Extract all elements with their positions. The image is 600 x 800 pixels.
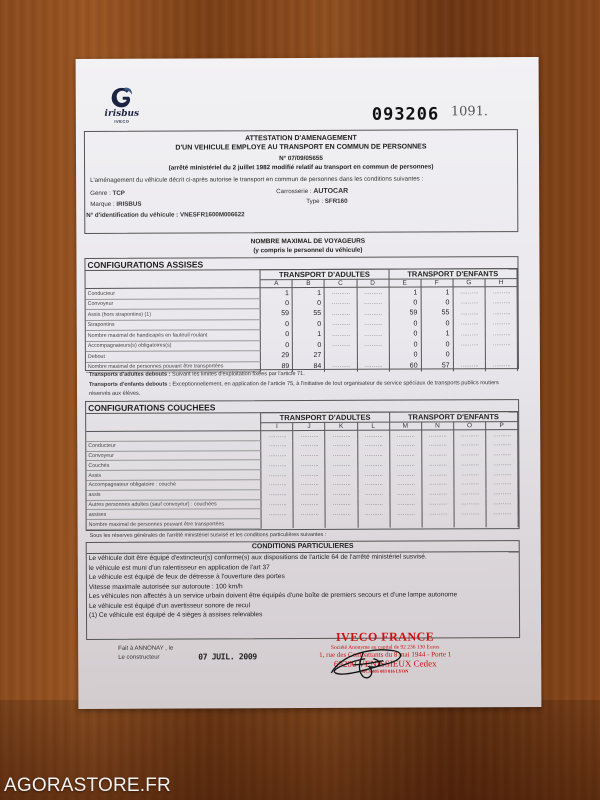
table-cell: ………. xyxy=(390,499,422,509)
type-value: SFR160 xyxy=(325,198,348,205)
seated-column-e: E xyxy=(389,279,421,287)
table-cell: ………. xyxy=(485,318,517,329)
seated-column-d: D xyxy=(357,279,389,287)
table-cell: 0 xyxy=(421,297,453,308)
irisbus-logo-icon xyxy=(109,86,135,110)
table-cell: 57 xyxy=(421,360,453,371)
table-cell: ………. xyxy=(454,459,486,469)
marque-value: IRISBUS xyxy=(116,201,141,208)
table-cell: 59 xyxy=(260,309,292,320)
handwritten-number: 1091. xyxy=(451,104,488,119)
condition-line: (1) Ce véhicule est équipé de 4 sièges à… xyxy=(89,609,457,620)
table-cell: ………. xyxy=(485,297,517,308)
type-field: Type : SFR160 xyxy=(306,198,347,205)
table-cell: ………. xyxy=(454,440,486,450)
table-cell: ………. xyxy=(390,479,422,489)
table-cell: ………. xyxy=(357,460,389,470)
table-cell: 1 xyxy=(260,288,292,299)
table-cell: ………. xyxy=(325,340,357,351)
table-cell: ………. xyxy=(421,430,453,440)
table-cell: ………. xyxy=(325,469,357,479)
table-cell: ………. xyxy=(293,430,325,440)
table-cell: ………. xyxy=(325,499,357,509)
note-adults-text: Suivant les limites d'exploitation fixée… xyxy=(172,371,305,378)
table-cell xyxy=(485,350,517,361)
table-cell: ………. xyxy=(293,489,325,499)
table-cell: ………. xyxy=(421,449,453,459)
table-cell: 55 xyxy=(421,308,453,319)
table-cell: ………. xyxy=(325,319,357,330)
carrosserie-value: AUTOCAR xyxy=(313,188,348,195)
seated-group-children: TRANSPORT D'ENFANTS xyxy=(389,269,517,280)
date-stamp: 07 JUIL. 2009 xyxy=(198,652,257,661)
sleeper-label-header xyxy=(86,413,261,432)
row-label: Assis (hors strapontins) (1) xyxy=(86,309,261,320)
table-cell: ………. xyxy=(357,287,389,298)
table-cell: 27 xyxy=(293,350,325,361)
seated-config-box: CONFIGURATIONS ASSISES TRANSPORT D'ADULT… xyxy=(84,256,518,371)
genre-value: TCP xyxy=(113,190,125,197)
genre-field: Genre : TCP xyxy=(90,190,125,197)
table-cell: 0 xyxy=(389,340,421,351)
table-cell: ………. xyxy=(454,479,486,489)
table-cell xyxy=(261,519,293,529)
table-cell: ………. xyxy=(389,440,421,450)
table-cell: 1 xyxy=(293,329,325,340)
table-cell: ………. xyxy=(389,430,421,440)
table-cell: ………. xyxy=(486,439,518,449)
table-cell: ………. xyxy=(453,360,485,371)
table-cell: ………. xyxy=(325,479,357,489)
note-adults-label: Transports d'adultes debouts : xyxy=(89,372,171,378)
table-cell: ………. xyxy=(325,440,357,450)
table-cell: ………. xyxy=(485,287,517,298)
seated-column-a: A xyxy=(260,280,292,288)
serial-number: 093206 xyxy=(372,104,440,124)
sleeper-column-k: K xyxy=(325,422,357,430)
note-children-label: Transports d'enfants debouts : xyxy=(89,382,171,388)
table-cell: 1 xyxy=(421,287,453,298)
table-cell: ………. xyxy=(293,479,325,489)
table-cell: 0 xyxy=(293,340,325,351)
title-line2: D'UN VEHICULE EMPLOYE AU TRANSPORT EN CO… xyxy=(85,143,517,152)
table-cell: 0 xyxy=(261,330,293,341)
table-cell: 0 xyxy=(389,350,421,361)
table-cell: ………. xyxy=(454,498,486,508)
table-cell: ………. xyxy=(486,488,518,498)
irisbus-logo: irisbus IVECO xyxy=(102,86,142,124)
vin-field: N° d'identification du véhicule : VNESFR… xyxy=(86,211,244,219)
sleeper-group-adults: TRANSPORT D'ADULTES xyxy=(261,412,389,423)
signatory-text: Le constructeur xyxy=(118,655,159,661)
seated-column-f: F xyxy=(421,279,453,287)
table-cell xyxy=(357,350,389,361)
conditions-title: CONDITIONS PARTICULIERES xyxy=(87,542,519,551)
table-cell: ………. xyxy=(486,508,518,518)
table-cell: ………. xyxy=(485,329,517,340)
attestation-number: N° 07/09/05655 xyxy=(85,154,517,163)
table-cell: ………. xyxy=(357,450,389,460)
row-label: Nombre maximal de personnes pouvant être… xyxy=(87,519,262,530)
reserves-text: Sous les réserves générales de l'arrêté … xyxy=(90,532,327,539)
sleeper-config-table: TRANSPORT D'ADULTESTRANSPORT D'ENFANTSIJ… xyxy=(86,411,519,530)
table-cell: 0 xyxy=(292,298,324,309)
table-cell: ………. xyxy=(325,460,357,470)
table-cell: ………. xyxy=(261,470,293,480)
row-label: Strapontins xyxy=(86,319,261,330)
table-cell xyxy=(358,518,390,528)
table-cell: 0 xyxy=(389,329,421,340)
title-line1: ATTESTATION D'AMENAGEMENT xyxy=(85,134,517,143)
table-cell: ………. xyxy=(453,329,485,340)
table-cell: ………. xyxy=(357,340,389,351)
seated-column-b: B xyxy=(292,279,324,287)
seated-config-title: CONFIGURATIONS ASSISES xyxy=(87,259,203,270)
seated-label-header xyxy=(86,270,261,289)
table-cell: ………. xyxy=(261,509,293,519)
table-cell: 1 xyxy=(389,287,421,298)
sleeper-group-children: TRANSPORT D'ENFANTS xyxy=(389,412,517,423)
table-cell: ………. xyxy=(453,339,485,350)
table-cell: ………. xyxy=(390,508,422,518)
table-cell: ………. xyxy=(454,449,486,459)
vin-value: VNESFR1600M006622 xyxy=(180,211,245,218)
table-cell xyxy=(486,518,518,528)
attestation-document: irisbus IVECO 093206 1091. ATTESTATION D… xyxy=(76,57,542,709)
table-cell xyxy=(325,350,357,361)
table-cell: ………. xyxy=(486,479,518,489)
conditions-list: Le véhicule doit être équipé d'extincteu… xyxy=(89,552,458,620)
table-cell: ………. xyxy=(293,460,325,470)
table-cell: 84 xyxy=(293,361,325,372)
table-cell xyxy=(422,518,454,528)
table-cell: ………. xyxy=(422,498,454,508)
table-cell: ………. xyxy=(357,308,389,319)
table-cell: ………. xyxy=(325,430,357,440)
row-label: Convoyeur xyxy=(86,298,261,309)
table-cell: ………. xyxy=(454,469,486,479)
table-cell: 0 xyxy=(389,298,421,309)
table-cell: 60 xyxy=(389,361,421,372)
table-cell: ………. xyxy=(324,287,356,298)
sleeper-column-l: L xyxy=(357,422,389,430)
table-cell: ………. xyxy=(358,509,390,519)
table-cell: 29 xyxy=(261,351,293,362)
table-cell: 0 xyxy=(260,298,292,309)
sleeper-column-j: J xyxy=(293,422,325,430)
table-cell: ………. xyxy=(390,489,422,499)
table-cell: ………. xyxy=(486,430,518,440)
place-text: Fait à ANNONAY , le xyxy=(118,646,173,652)
table-cell: ………. xyxy=(357,440,389,450)
table-cell: ………. xyxy=(485,308,517,319)
table-cell: 1 xyxy=(421,329,453,340)
table-cell: ………. xyxy=(325,308,357,319)
table-cell: ………. xyxy=(261,480,293,490)
table-cell: ………. xyxy=(357,361,389,372)
table-cell: 1 xyxy=(292,287,324,298)
signature xyxy=(323,643,413,683)
table-cell: ………. xyxy=(358,499,390,509)
sleeper-column-p: P xyxy=(486,422,518,430)
vin-label: N° d'identification du véhicule : xyxy=(86,212,178,219)
type-label: Type : xyxy=(306,198,323,205)
logo-brand-text: irisbus xyxy=(102,110,142,119)
note-children: Transports d'enfants debouts : Exception… xyxy=(89,379,509,399)
table-cell: ………. xyxy=(357,469,389,479)
table-cell xyxy=(453,350,485,361)
condition-line: Les véhicules non affectés à un service … xyxy=(89,590,457,601)
intro-text: L'aménagement du véhicule décrit ci-aprè… xyxy=(90,175,423,183)
sleeper-column-n: N xyxy=(421,422,453,430)
table-cell: 0 xyxy=(421,318,453,329)
table-cell: ………. xyxy=(325,361,357,372)
table-cell: ………. xyxy=(421,440,453,450)
table-cell: ………. xyxy=(357,329,389,340)
seated-config-table: TRANSPORT D'ADULTESTRANSPORT D'ENFANTSAB… xyxy=(86,268,518,373)
table-cell: ………. xyxy=(486,449,518,459)
table-cell: ………. xyxy=(453,318,485,329)
row-label: Nombre maximal de handicapés en fauteuil… xyxy=(86,330,261,341)
table-cell: ………. xyxy=(486,469,518,479)
table-cell: ………. xyxy=(422,469,454,479)
table-cell: ………. xyxy=(357,298,389,309)
marque-field: Marque : IRISBUS xyxy=(90,201,141,208)
seated-group-adults: TRANSPORT D'ADULTES xyxy=(260,269,388,280)
table-cell: ………. xyxy=(261,489,293,499)
genre-label: Genre : xyxy=(90,190,111,197)
max-passengers-subtitle: (y compris le personnel du véhicule) xyxy=(76,246,539,255)
row-label: Conducteur xyxy=(86,288,261,299)
condition-line: Le véhicule doit être équipé d'extincteu… xyxy=(89,552,457,563)
table-cell: ………. xyxy=(454,489,486,499)
table-cell xyxy=(390,518,422,528)
table-cell: ………. xyxy=(422,459,454,469)
table-cell: ………. xyxy=(454,508,486,518)
table-cell: ………. xyxy=(357,319,389,330)
table-cell: ………. xyxy=(325,298,357,309)
sleeper-config-title: CONFIGURATIONS COUCHEES xyxy=(88,402,215,413)
table-cell xyxy=(454,518,486,528)
table-cell: ………. xyxy=(293,440,325,450)
table-cell: ………. xyxy=(485,360,517,371)
table-cell: ………. xyxy=(453,287,485,298)
table-cell: ………. xyxy=(261,440,293,450)
watermark: AGORASTORE.FR xyxy=(4,775,171,797)
sleeper-config-box: CONFIGURATIONS COUCHEES TRANSPORT D'ADUL… xyxy=(85,399,520,531)
table-cell: ………. xyxy=(325,450,357,460)
table-cell: 0 xyxy=(261,340,293,351)
table-cell xyxy=(325,518,357,528)
decree-reference: (arrêté ministériel du 2 juillet 1982 mo… xyxy=(85,163,517,172)
table-cell: ………. xyxy=(422,489,454,499)
table-cell: ………. xyxy=(325,489,357,499)
table-cell: ………. xyxy=(357,430,389,440)
row-label: Accompagnateurs(s) obligatoires(s) xyxy=(86,340,261,351)
carrosserie-label: Carrosserie : xyxy=(276,188,311,195)
seated-column-h: H xyxy=(485,279,517,287)
table-row: Nombre maximal de personnes pouvant être… xyxy=(87,518,519,530)
table-cell: ………. xyxy=(261,431,293,441)
sleeper-column-i: I xyxy=(261,423,293,431)
table-cell: ………. xyxy=(389,469,421,479)
logo-sub-text: IVECO xyxy=(102,119,142,124)
table-cell: ………. xyxy=(357,489,389,499)
table-cell: ………. xyxy=(261,450,293,460)
max-passengers-title: NOMBRE MAXIMAL DE VOYAGEURS xyxy=(76,237,539,246)
table-cell: ………. xyxy=(261,460,293,470)
seated-column-c: C xyxy=(324,279,356,287)
table-cell: ………. xyxy=(293,450,325,460)
table-cell: 0 xyxy=(260,319,292,330)
table-cell: ………. xyxy=(422,479,454,489)
table-cell: ………. xyxy=(325,329,357,340)
carrosserie-field: Carrosserie : AUTOCAR xyxy=(276,188,348,195)
table-cell: ………. xyxy=(485,339,517,350)
table-cell: 0 xyxy=(293,319,325,330)
table-cell: ………. xyxy=(389,450,421,460)
table-cell: ………. xyxy=(486,498,518,508)
table-cell xyxy=(293,519,325,529)
table-cell: ………. xyxy=(389,459,421,469)
table-cell: ………. xyxy=(293,499,325,509)
table-cell: ………. xyxy=(453,297,485,308)
table-cell: 55 xyxy=(293,308,325,319)
table-cell: 0 xyxy=(421,350,453,361)
marque-label: Marque : xyxy=(90,201,114,208)
table-cell: ………. xyxy=(453,430,485,440)
table-cell: ………. xyxy=(422,508,454,518)
seated-column-g: G xyxy=(453,279,485,287)
header-box: ATTESTATION D'AMENAGEMENT D'UN VEHICULE … xyxy=(84,129,518,234)
note-adults: Transports d'adultes debouts : Suivant l… xyxy=(89,371,305,378)
table-cell: 59 xyxy=(389,308,421,319)
sleeper-column-m: M xyxy=(389,422,421,430)
table-cell: ………. xyxy=(293,509,325,519)
table-cell: ………. xyxy=(453,308,485,319)
table-cell: 0 xyxy=(421,339,453,350)
row-label: Debout xyxy=(86,351,261,362)
table-cell: 0 xyxy=(389,319,421,330)
conditions-box: CONDITIONS PARTICULIERES Le véhicule doi… xyxy=(86,540,520,640)
table-cell: ………. xyxy=(293,470,325,480)
table-cell: ………. xyxy=(261,499,293,509)
table-cell: ………. xyxy=(486,459,518,469)
sleeper-column-o: O xyxy=(453,422,485,430)
table-cell: ………. xyxy=(325,509,357,519)
table-cell: ………. xyxy=(357,479,389,489)
